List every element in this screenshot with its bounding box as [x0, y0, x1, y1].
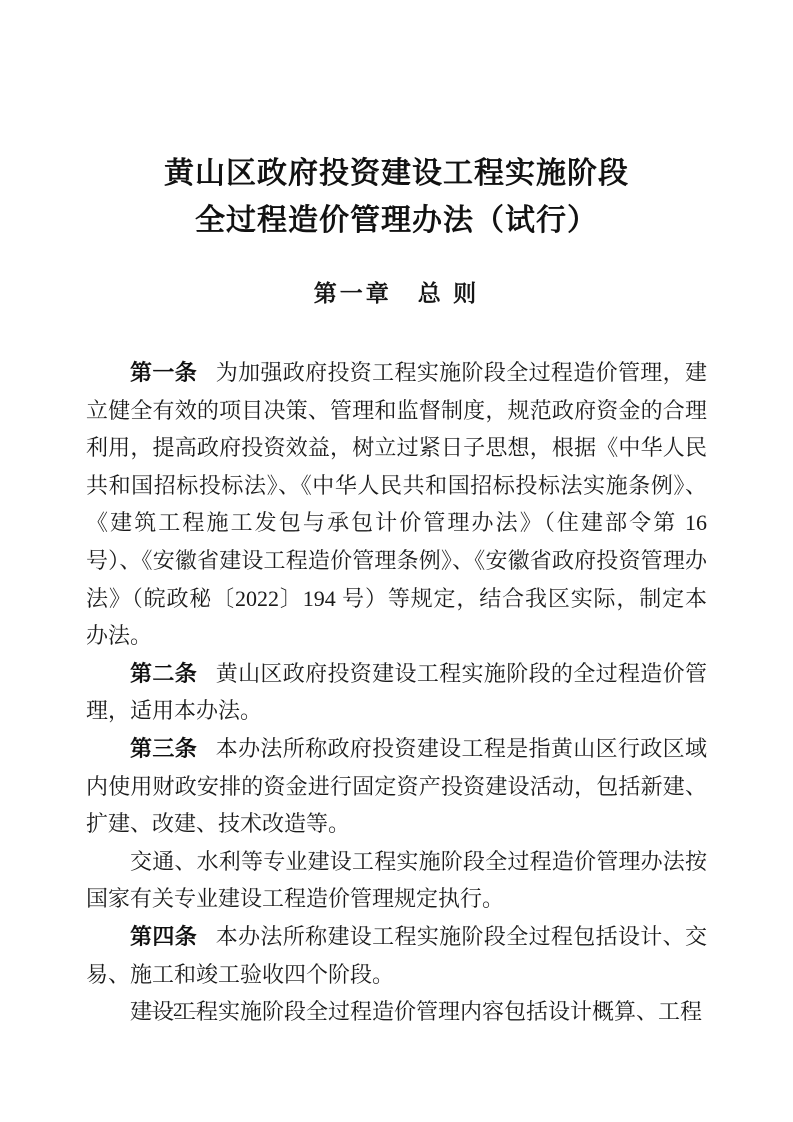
document-title-line2: 全过程造价管理办法（试行）	[60, 197, 733, 244]
document-title-line1: 黄山区政府投资建设工程实施阶段	[60, 150, 733, 197]
document-body: 第一条为加强政府投资工程实施阶段全过程造价管理，建立健全有效的项目决策、管理和监…	[86, 354, 707, 1031]
article-number-label: 第一条	[130, 360, 216, 385]
page-number-dash-right: —	[190, 1000, 209, 1021]
article-number-label: 第四条	[130, 924, 216, 949]
document-page: 黄山区政府投资建设工程实施阶段 全过程造价管理办法（试行） 第一章 总 则 第一…	[0, 0, 793, 1122]
paragraph-article-3: 第三条本办法所称政府投资建设工程是指黄山区行政区域内使用财政安排的资金进行固定资…	[86, 730, 707, 843]
paragraph-text: 建设工程实施阶段全过程造价管理内容包括设计概算、工程	[130, 999, 702, 1024]
document-title: 黄山区政府投资建设工程实施阶段 全过程造价管理办法（试行）	[60, 150, 733, 244]
paragraph-article-2: 第二条黄山区政府投资建设工程实施阶段的全过程造价管理，适用本办法。	[86, 655, 707, 730]
page-number-dash-left: —	[147, 1000, 166, 1021]
paragraph-article-4: 第四条本办法所称建设工程实施阶段全过程包括设计、交易、施工和竣工验收四个阶段。	[86, 918, 707, 993]
paragraph-article-1: 第一条为加强政府投资工程实施阶段全过程造价管理，建立健全有效的项目决策、管理和监…	[86, 354, 707, 655]
paragraph-article-3-continuation: 交通、水利等专业建设工程实施阶段全过程造价管理办法按国家有关专业建设工程造价管理…	[86, 843, 707, 918]
paragraph-text: 交通、水利等专业建设工程实施阶段全过程造价管理办法按国家有关专业建设工程造价管理…	[86, 849, 707, 912]
page-footer: —2—	[140, 1000, 216, 1022]
article-number-label: 第三条	[130, 736, 216, 761]
chapter-heading: 第一章 总 则	[0, 280, 793, 306]
page-number: 2	[173, 1000, 183, 1021]
paragraph-text: 为加强政府投资工程实施阶段全过程造价管理，建立健全有效的项目决策、管理和监督制度…	[86, 360, 707, 648]
article-number-label: 第二条	[130, 661, 216, 686]
